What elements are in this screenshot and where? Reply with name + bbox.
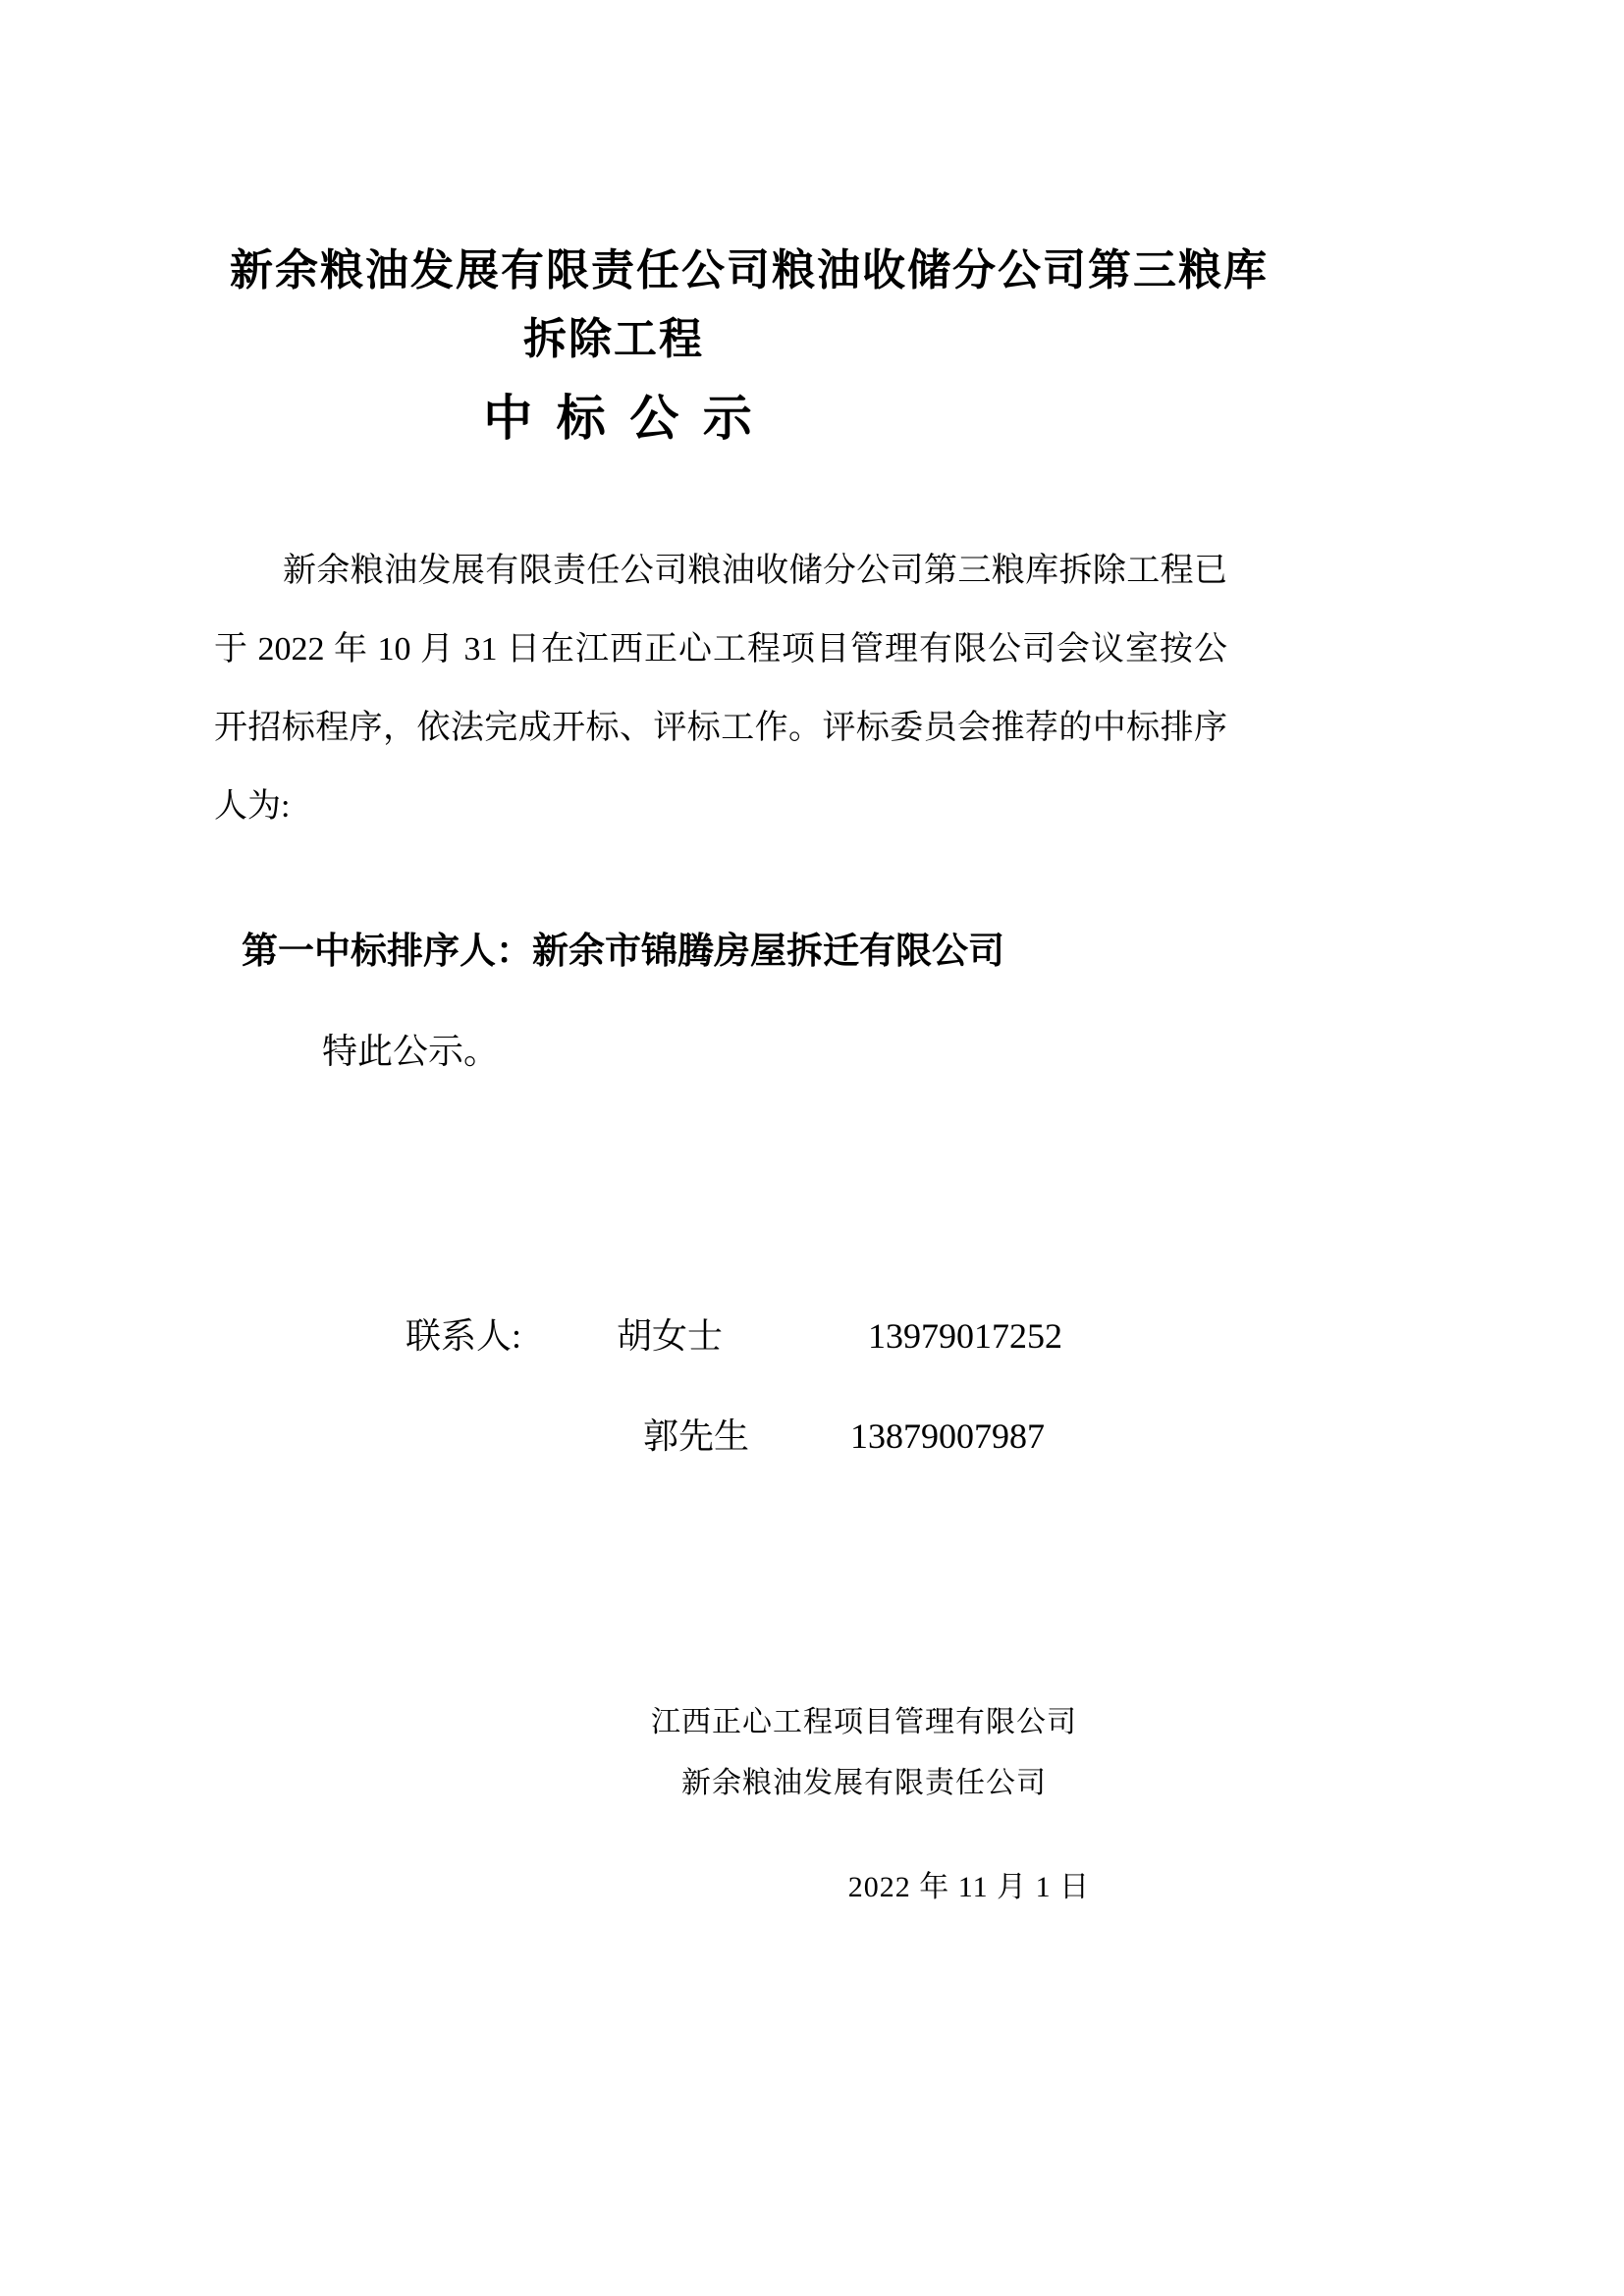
notice-line: 特此公示。 (322, 1021, 1108, 1082)
contact-label: 联系人: (406, 1306, 521, 1366)
body-paragraph: 新余粮油发展有限责任公司粮油收储分公司第三粮库拆除工程已于 2022 年 10 … (214, 532, 1227, 846)
document-page: 新余粮油发展有限责任公司粮油收储分公司第三粮库 拆除工程 中 标 公 示 新余粮… (0, 0, 1624, 2296)
signature-agency: 江西正心工程项目管理有限公司 (0, 1692, 1624, 1753)
document-title-line1: 新余粮油发展有限责任公司粮油收储分公司第三粮库 (0, 234, 1624, 308)
contact-name: 郭先生 (643, 1406, 749, 1467)
contact-name: 胡女士 (617, 1306, 723, 1366)
contact-row-1: 联系人: 胡女士 13979017252 (0, 1306, 1624, 1366)
signature-owner: 新余粮油发展有限责任公司 (0, 1753, 1624, 1814)
announcement-heading: 中 标 公 示 (0, 377, 1624, 459)
contact-row-2: 郭先生 13879007987 (0, 1406, 1624, 1467)
document-title-line2: 拆除工程 (0, 302, 1624, 377)
date-line: 2022 年 11 月 1 日 (0, 1857, 1624, 1918)
contact-phone: 13979017252 (868, 1306, 1062, 1366)
winner-line: 第一中标排序人：新余市锦腾房屋拆迁有限公司 (242, 921, 1420, 982)
contact-phone: 13879007987 (850, 1406, 1045, 1467)
